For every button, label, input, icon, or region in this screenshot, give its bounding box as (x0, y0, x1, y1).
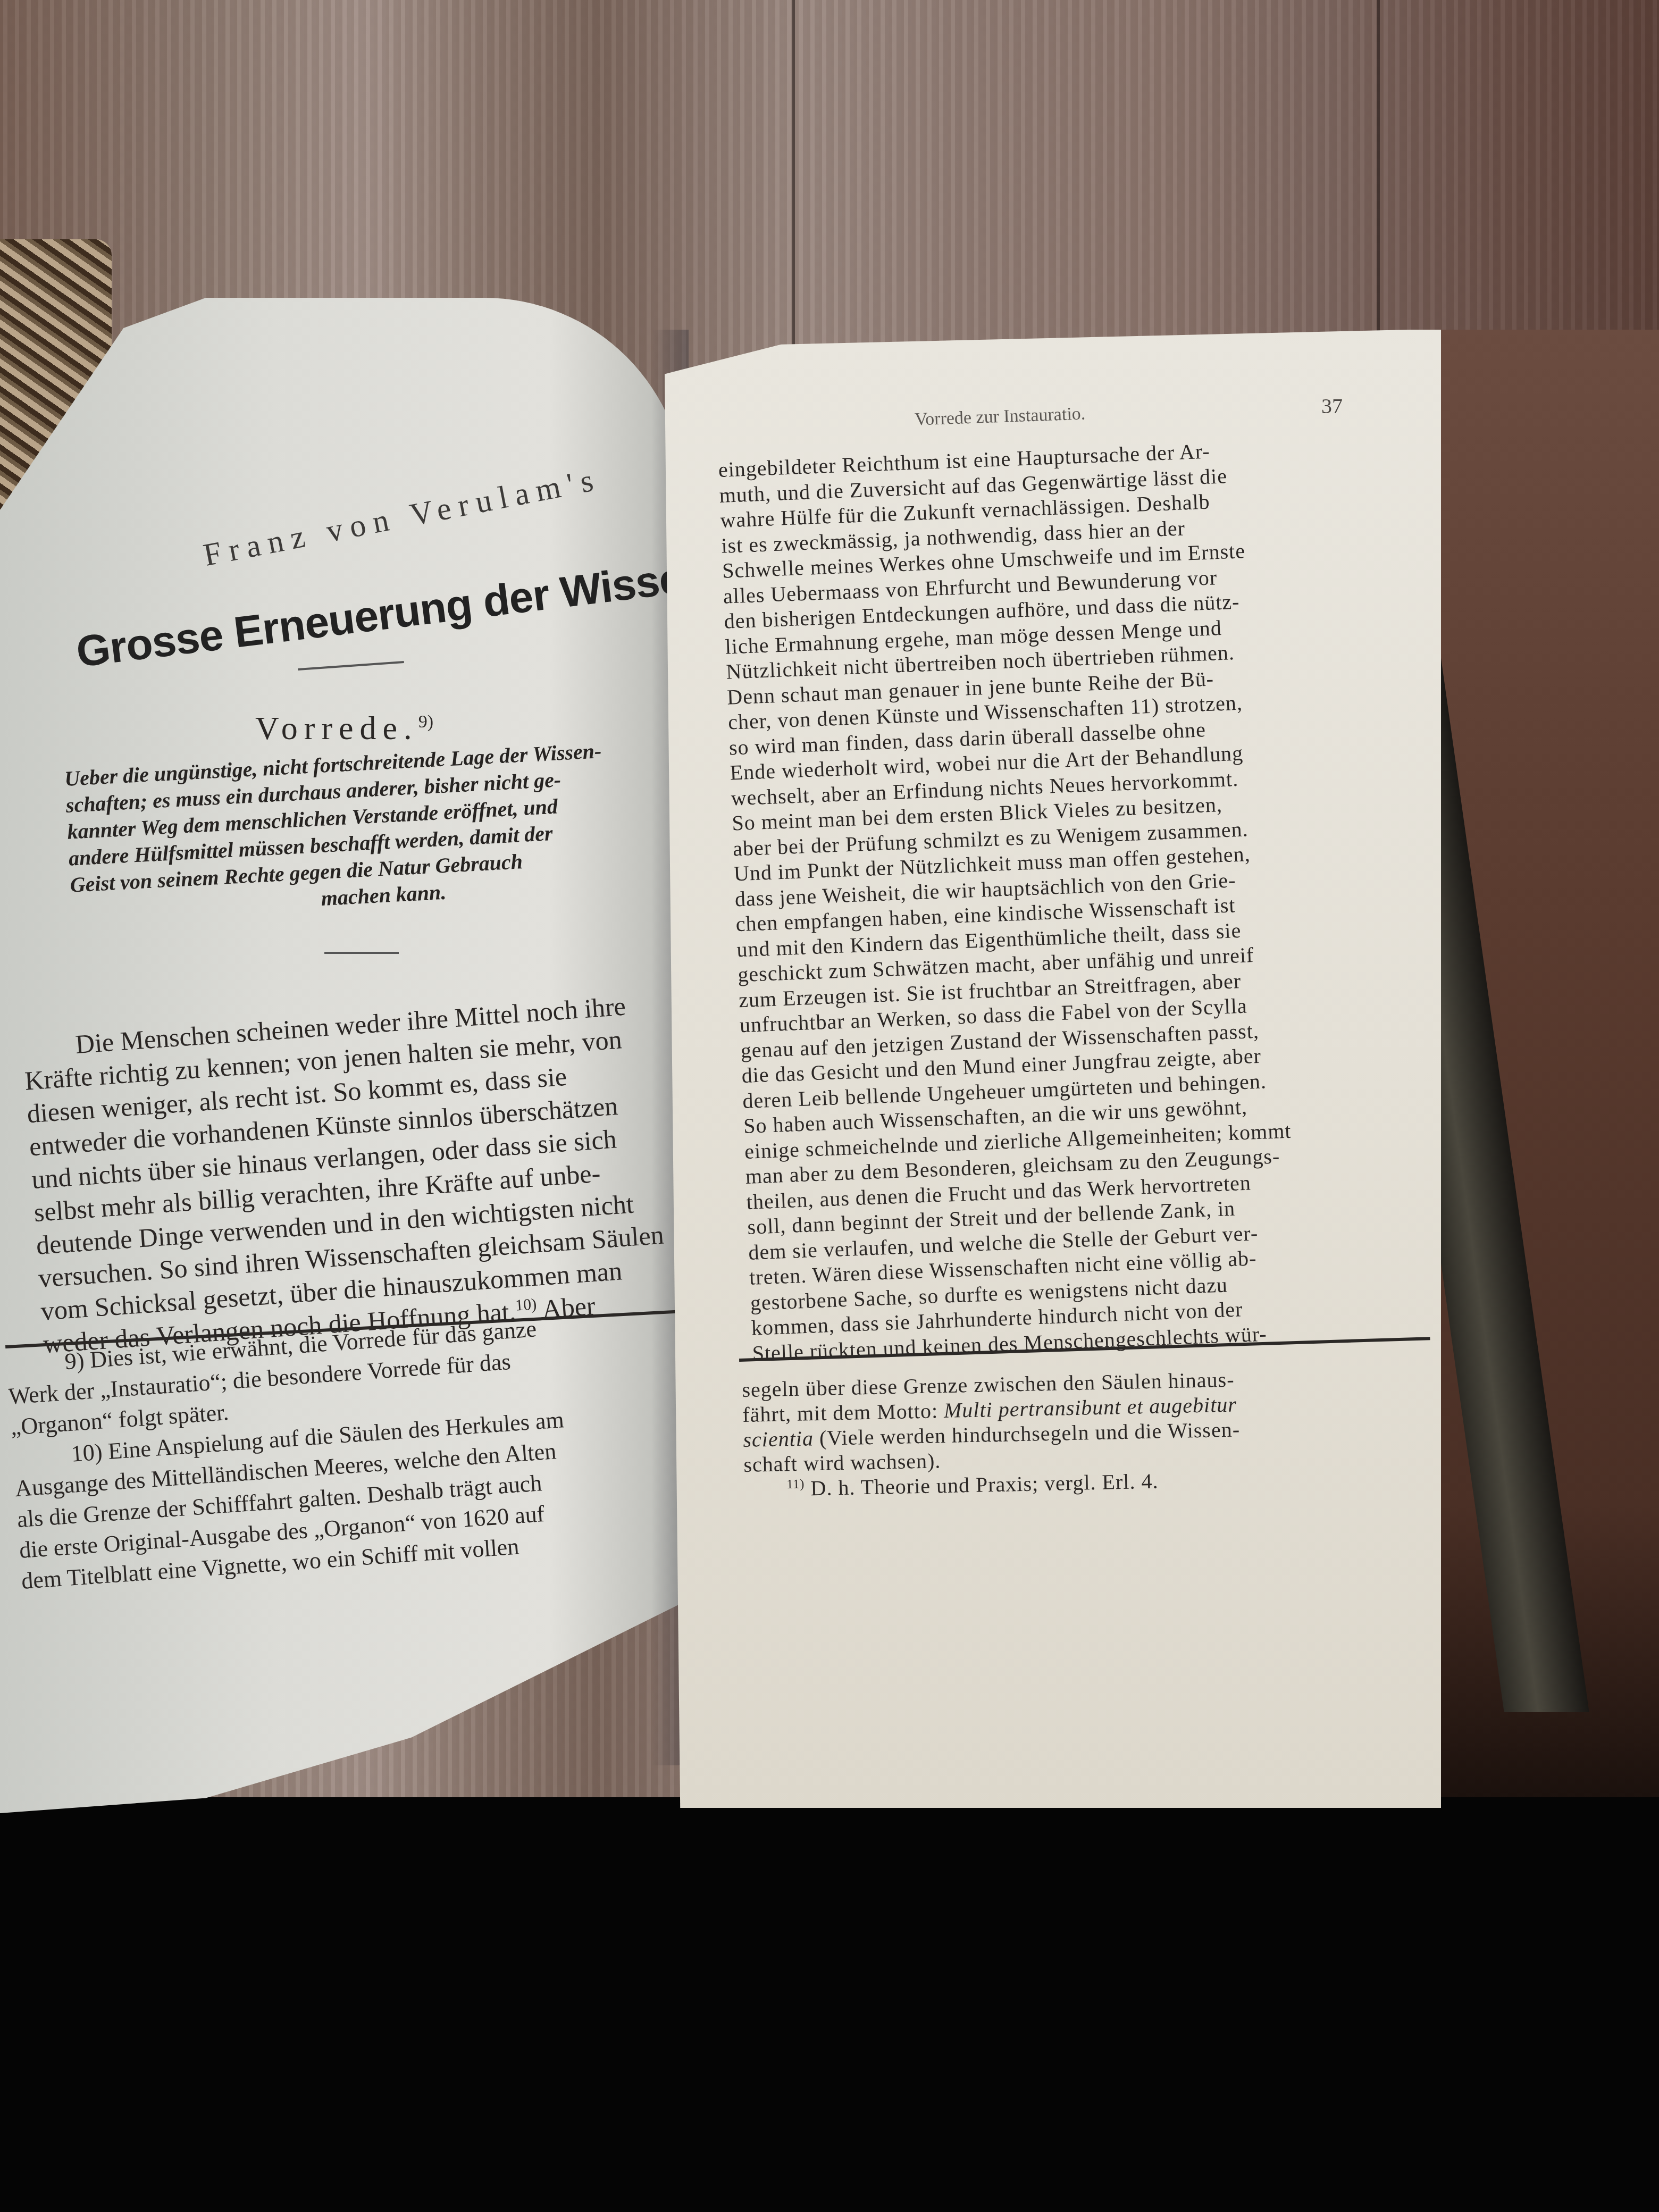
section-heading: Vorrede.9) (255, 710, 433, 748)
left-footnotes: 9) Dies ist, wie erwähnt, die Vorrede fü… (5, 1312, 574, 1597)
section-heading-text: Vorrede. (255, 710, 418, 747)
page-number: 37 (1321, 393, 1343, 418)
summary-divider (324, 952, 399, 954)
left-body-text: Die Menschen scheinen weder ihre Mittel … (21, 988, 669, 1361)
chapter-summary: Ueber die ungünstige, nicht fortschreite… (64, 738, 609, 925)
footnote-ref: 9) (418, 712, 433, 732)
footnote-marker: 9) (64, 1347, 85, 1375)
footnote-marker: 10) (70, 1439, 103, 1467)
footnote-marker: 11) (786, 1477, 805, 1492)
footnote-text: fährt, mit dem Motto: (742, 1398, 944, 1427)
dark-foreground (0, 1797, 1659, 2212)
latin-motto: scientia (743, 1426, 814, 1452)
footnote-ref: 10) (515, 1295, 537, 1314)
right-footnotes: segeln über diese Grenze zwischen den Sä… (742, 1367, 1241, 1502)
right-body-text: eingebildeter Reichthum ist eine Hauptur… (718, 437, 1300, 1366)
